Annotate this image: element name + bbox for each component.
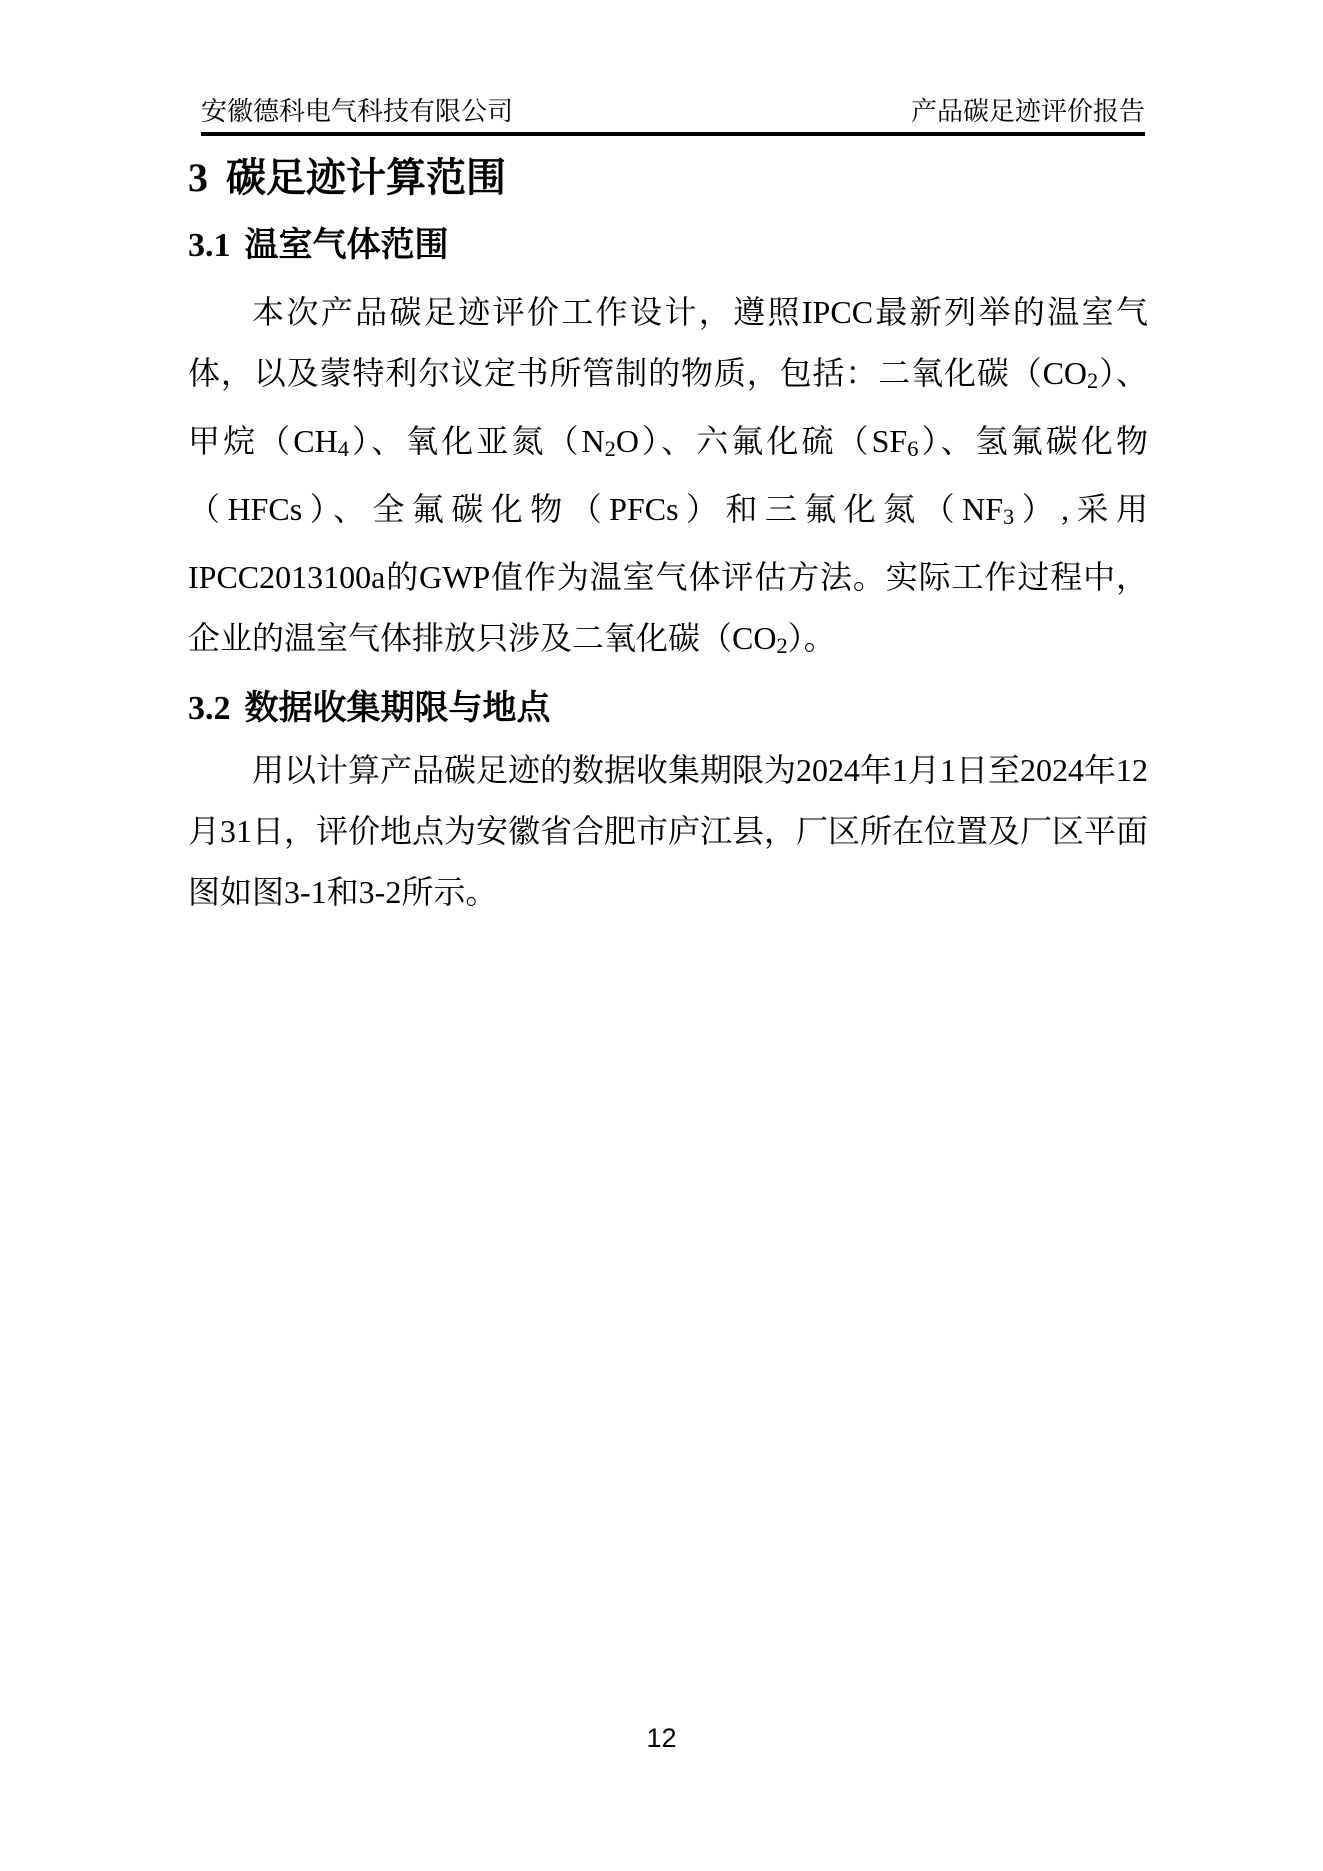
paragraph-greenhouse-gases: 本次产品碳足迹评价工作设计，遵照IPCC最新列举的温室气体，以及蒙特利尔议定书所… xyxy=(188,282,1148,676)
text-run: 用以计算产品碳足迹的数据收集期限为2024年1月1日至2024年12月31日，评… xyxy=(188,752,1148,910)
text-run: O）、六氟化硫（SF xyxy=(616,423,907,459)
section-3-1: 3.1温室气体范围 本次产品碳足迹评价工作设计，遵照IPCC最新列举的温室气体，… xyxy=(188,225,1148,676)
chapter-heading: 3碳足迹计算范围 xyxy=(188,154,1148,202)
text-run: ）、氧化亚氮（N xyxy=(349,423,605,459)
subscript-digit: 2 xyxy=(1087,368,1098,393)
subscript-digit: 2 xyxy=(776,633,787,658)
subscript-digit: 3 xyxy=(1003,504,1014,529)
document-page: 安徽德科电气科技有限公司 产品碳足迹评价报告 3碳足迹计算范围 3.1温室气体范… xyxy=(0,0,1323,1871)
section-number-3-1: 3.1 xyxy=(188,227,231,264)
subscript-digit: 2 xyxy=(605,436,616,461)
text-run: ）。 xyxy=(788,620,836,656)
subscript-digit: 4 xyxy=(338,436,349,461)
text-run: 本次产品碳足迹评价工作设计，遵照IPCC最新列举的温室气体，以及蒙特利尔议定书所… xyxy=(188,294,1148,391)
section-3-2: 3.2数据收集期限与地点 用以计算产品碳足迹的数据收集期限为2024年1月1日至… xyxy=(188,688,1148,923)
paragraph-data-collection: 用以计算产品碳足迹的数据收集期限为2024年1月1日至2024年12月31日，评… xyxy=(188,740,1148,923)
chapter-title-text: 碳足迹计算范围 xyxy=(226,155,506,200)
section-heading-3-2: 3.2数据收集期限与地点 xyxy=(188,688,1148,730)
page-number: 12 xyxy=(0,1722,1323,1754)
section-heading-text-3-1: 温室气体范围 xyxy=(245,227,449,264)
chapter-number: 3 xyxy=(188,155,208,200)
section-number-3-2: 3.2 xyxy=(188,690,231,727)
section-heading-3-1: 3.1温室气体范围 xyxy=(188,225,1148,267)
section-heading-text-3-2: 数据收集期限与地点 xyxy=(245,690,551,727)
subscript-digit: 6 xyxy=(907,436,918,461)
content-column: 3碳足迹计算范围 3.1温室气体范围 本次产品碳足迹评价工作设计，遵照IPCC最… xyxy=(188,0,1148,923)
